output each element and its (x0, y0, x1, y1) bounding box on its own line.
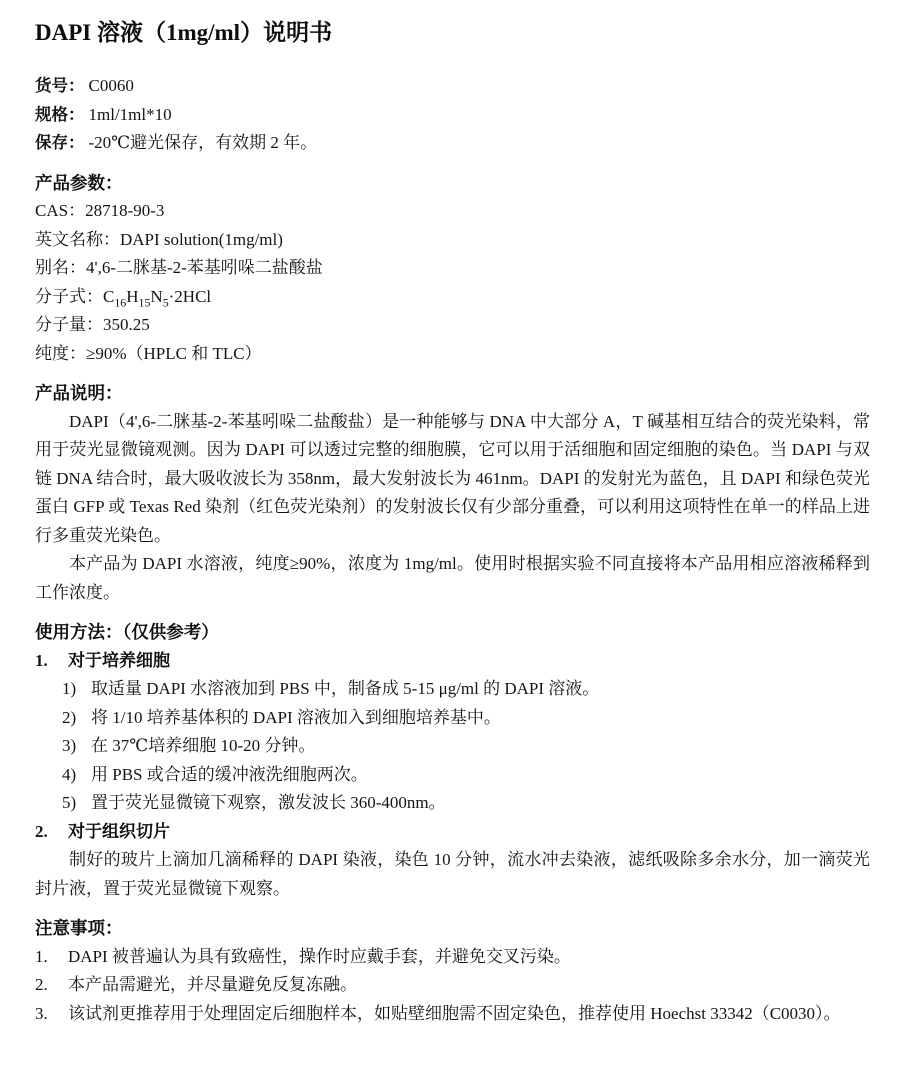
note-1-text: DAPI 被普遍认为具有致癌性，操作时应戴手套，并避免交叉污染。 (68, 943, 870, 972)
usage-step-3-number: 3) (62, 732, 91, 761)
usage-step-3-text: 在 37℃培养细胞 10-20 分钟。 (91, 732, 315, 761)
catalog-number-line: 货号：C0060 (35, 72, 870, 101)
note-item-3: 3. 该试剂更推荐用于处理固定后细胞样本，如贴壁细胞需不固定染色，推荐使用 Ho… (35, 1000, 870, 1029)
formula-subscript-16: 16 (114, 295, 126, 309)
usage-step-1-number: 1) (62, 675, 91, 704)
formula-element-c: C (103, 287, 114, 306)
usage-step-2: 2) 将 1/10 培养基体积的 DAPI 溶液加入到细胞培养基中。 (62, 704, 870, 733)
usage-subheading-tissue-sections: 2. 对于组织切片 (35, 818, 870, 847)
purity-line: 纯度：≥90%（HPLC 和 TLC） (35, 340, 870, 369)
formula-suffix: ·2HCl (169, 287, 212, 306)
page-title: DAPI 溶液（1mg/ml）说明书 (35, 18, 870, 48)
note-2-text: 本产品需避光，并尽量避免反复冻融。 (68, 971, 870, 1000)
usage-heading: 使用方法：（仅供参考） (35, 618, 870, 647)
section-usage: 使用方法：（仅供参考） 1. 对于培养细胞 1) 取适量 DAPI 水溶液加到 … (35, 618, 870, 903)
storage-line: 保存：-20℃避光保存，有效期 2 年。 (35, 129, 870, 158)
alias-line: 别名：4',6-二脒基-2-苯基吲哚二盐酸盐 (35, 254, 870, 283)
usage-step-4-text: 用 PBS 或合适的缓冲液洗细胞两次。 (91, 761, 368, 790)
usage-subheading-1-number: 1. (35, 647, 68, 676)
description-paragraph-2: 本产品为 DAPI 水溶液，纯度≥90%，浓度为 1mg/ml。使用时根据实验不… (35, 550, 870, 607)
usage-step-2-number: 2) (62, 704, 91, 733)
specification-value: 1ml/1ml*10 (89, 105, 172, 124)
product-parameters-heading: 产品参数： (35, 169, 870, 198)
usage-subheading-2-number: 2. (35, 818, 68, 847)
usage-step-2-text: 将 1/10 培养基体积的 DAPI 溶液加入到细胞培养基中。 (91, 704, 501, 733)
note-item-1: 1. DAPI 被普遍认为具有致癌性，操作时应戴手套，并避免交叉污染。 (35, 943, 870, 972)
product-info-block: 货号：C0060 规格：1ml/1ml*10 保存：-20℃避光保存，有效期 2… (35, 72, 870, 158)
usage-step-5: 5) 置于荧光显微镜下观察，激发波长 360-400nm。 (62, 789, 870, 818)
usage-subheading-cultured-cells: 1. 对于培养细胞 (35, 647, 870, 676)
document-page: DAPI 溶液（1mg/ml）说明书 货号：C0060 规格：1ml/1ml*1… (0, 0, 907, 1080)
storage-value: -20℃避光保存，有效期 2 年。 (89, 133, 318, 152)
usage-step-1-text: 取适量 DAPI 水溶液加到 PBS 中，制备成 5-15 μg/ml 的 DA… (91, 675, 599, 704)
storage-label: 保存： (35, 134, 85, 152)
specification-line: 规格：1ml/1ml*10 (35, 101, 870, 130)
usage-step-1: 1) 取适量 DAPI 水溶液加到 PBS 中，制备成 5-15 μg/ml 的… (62, 675, 870, 704)
cas-line: CAS：28718-90-3 (35, 197, 870, 226)
description-paragraph-1: DAPI（4',6-二脒基-2-苯基吲哚二盐酸盐）是一种能够与 DNA 中大部分… (35, 408, 870, 551)
product-description-heading: 产品说明： (35, 379, 870, 408)
section-product-description: 产品说明： DAPI（4',6-二脒基-2-苯基吲哚二盐酸盐）是一种能够与 DN… (35, 379, 870, 607)
notes-heading: 注意事项： (35, 914, 870, 943)
catalog-number-value: C0060 (89, 76, 134, 95)
note-item-2: 2. 本产品需避光，并尽量避免反复冻融。 (35, 971, 870, 1000)
molecular-formula-label: 分子式： (35, 287, 103, 306)
usage-step-5-text: 置于荧光显微镜下观察，激发波长 360-400nm。 (91, 789, 446, 818)
note-3-number: 3. (35, 1000, 68, 1029)
usage-step-4: 4) 用 PBS 或合适的缓冲液洗细胞两次。 (62, 761, 870, 790)
note-2-number: 2. (35, 971, 68, 1000)
section-product-parameters: 产品参数： CAS：28718-90-3 英文名称：DAPI solution(… (35, 169, 870, 369)
usage-subheading-1-title: 对于培养细胞 (68, 647, 170, 676)
formula-element-n: N (150, 287, 162, 306)
molecular-weight-line: 分子量：350.25 (35, 311, 870, 340)
usage-step-3: 3) 在 37℃培养细胞 10-20 分钟。 (62, 732, 870, 761)
english-name-line: 英文名称：DAPI solution(1mg/ml) (35, 226, 870, 255)
section-notes: 注意事项： 1. DAPI 被普遍认为具有致癌性，操作时应戴手套，并避免交叉污染… (35, 914, 870, 1028)
formula-subscript-15: 15 (139, 295, 151, 309)
specification-label: 规格： (35, 106, 85, 124)
tissue-sections-paragraph: 制好的玻片上滴加几滴稀释的 DAPI 染液，染色 10 分钟，流水冲去染液，滤纸… (35, 846, 870, 903)
usage-step-4-number: 4) (62, 761, 91, 790)
usage-step-5-number: 5) (62, 789, 91, 818)
molecular-formula-line: 分子式：C16H15N5·2HCl (35, 283, 870, 312)
usage-subheading-2-title: 对于组织切片 (68, 818, 170, 847)
note-1-number: 1. (35, 943, 68, 972)
formula-element-h: H (126, 287, 138, 306)
note-3-text: 该试剂更推荐用于处理固定后细胞样本，如贴壁细胞需不固定染色，推荐使用 Hoech… (68, 1000, 870, 1029)
catalog-number-label: 货号： (35, 77, 85, 95)
